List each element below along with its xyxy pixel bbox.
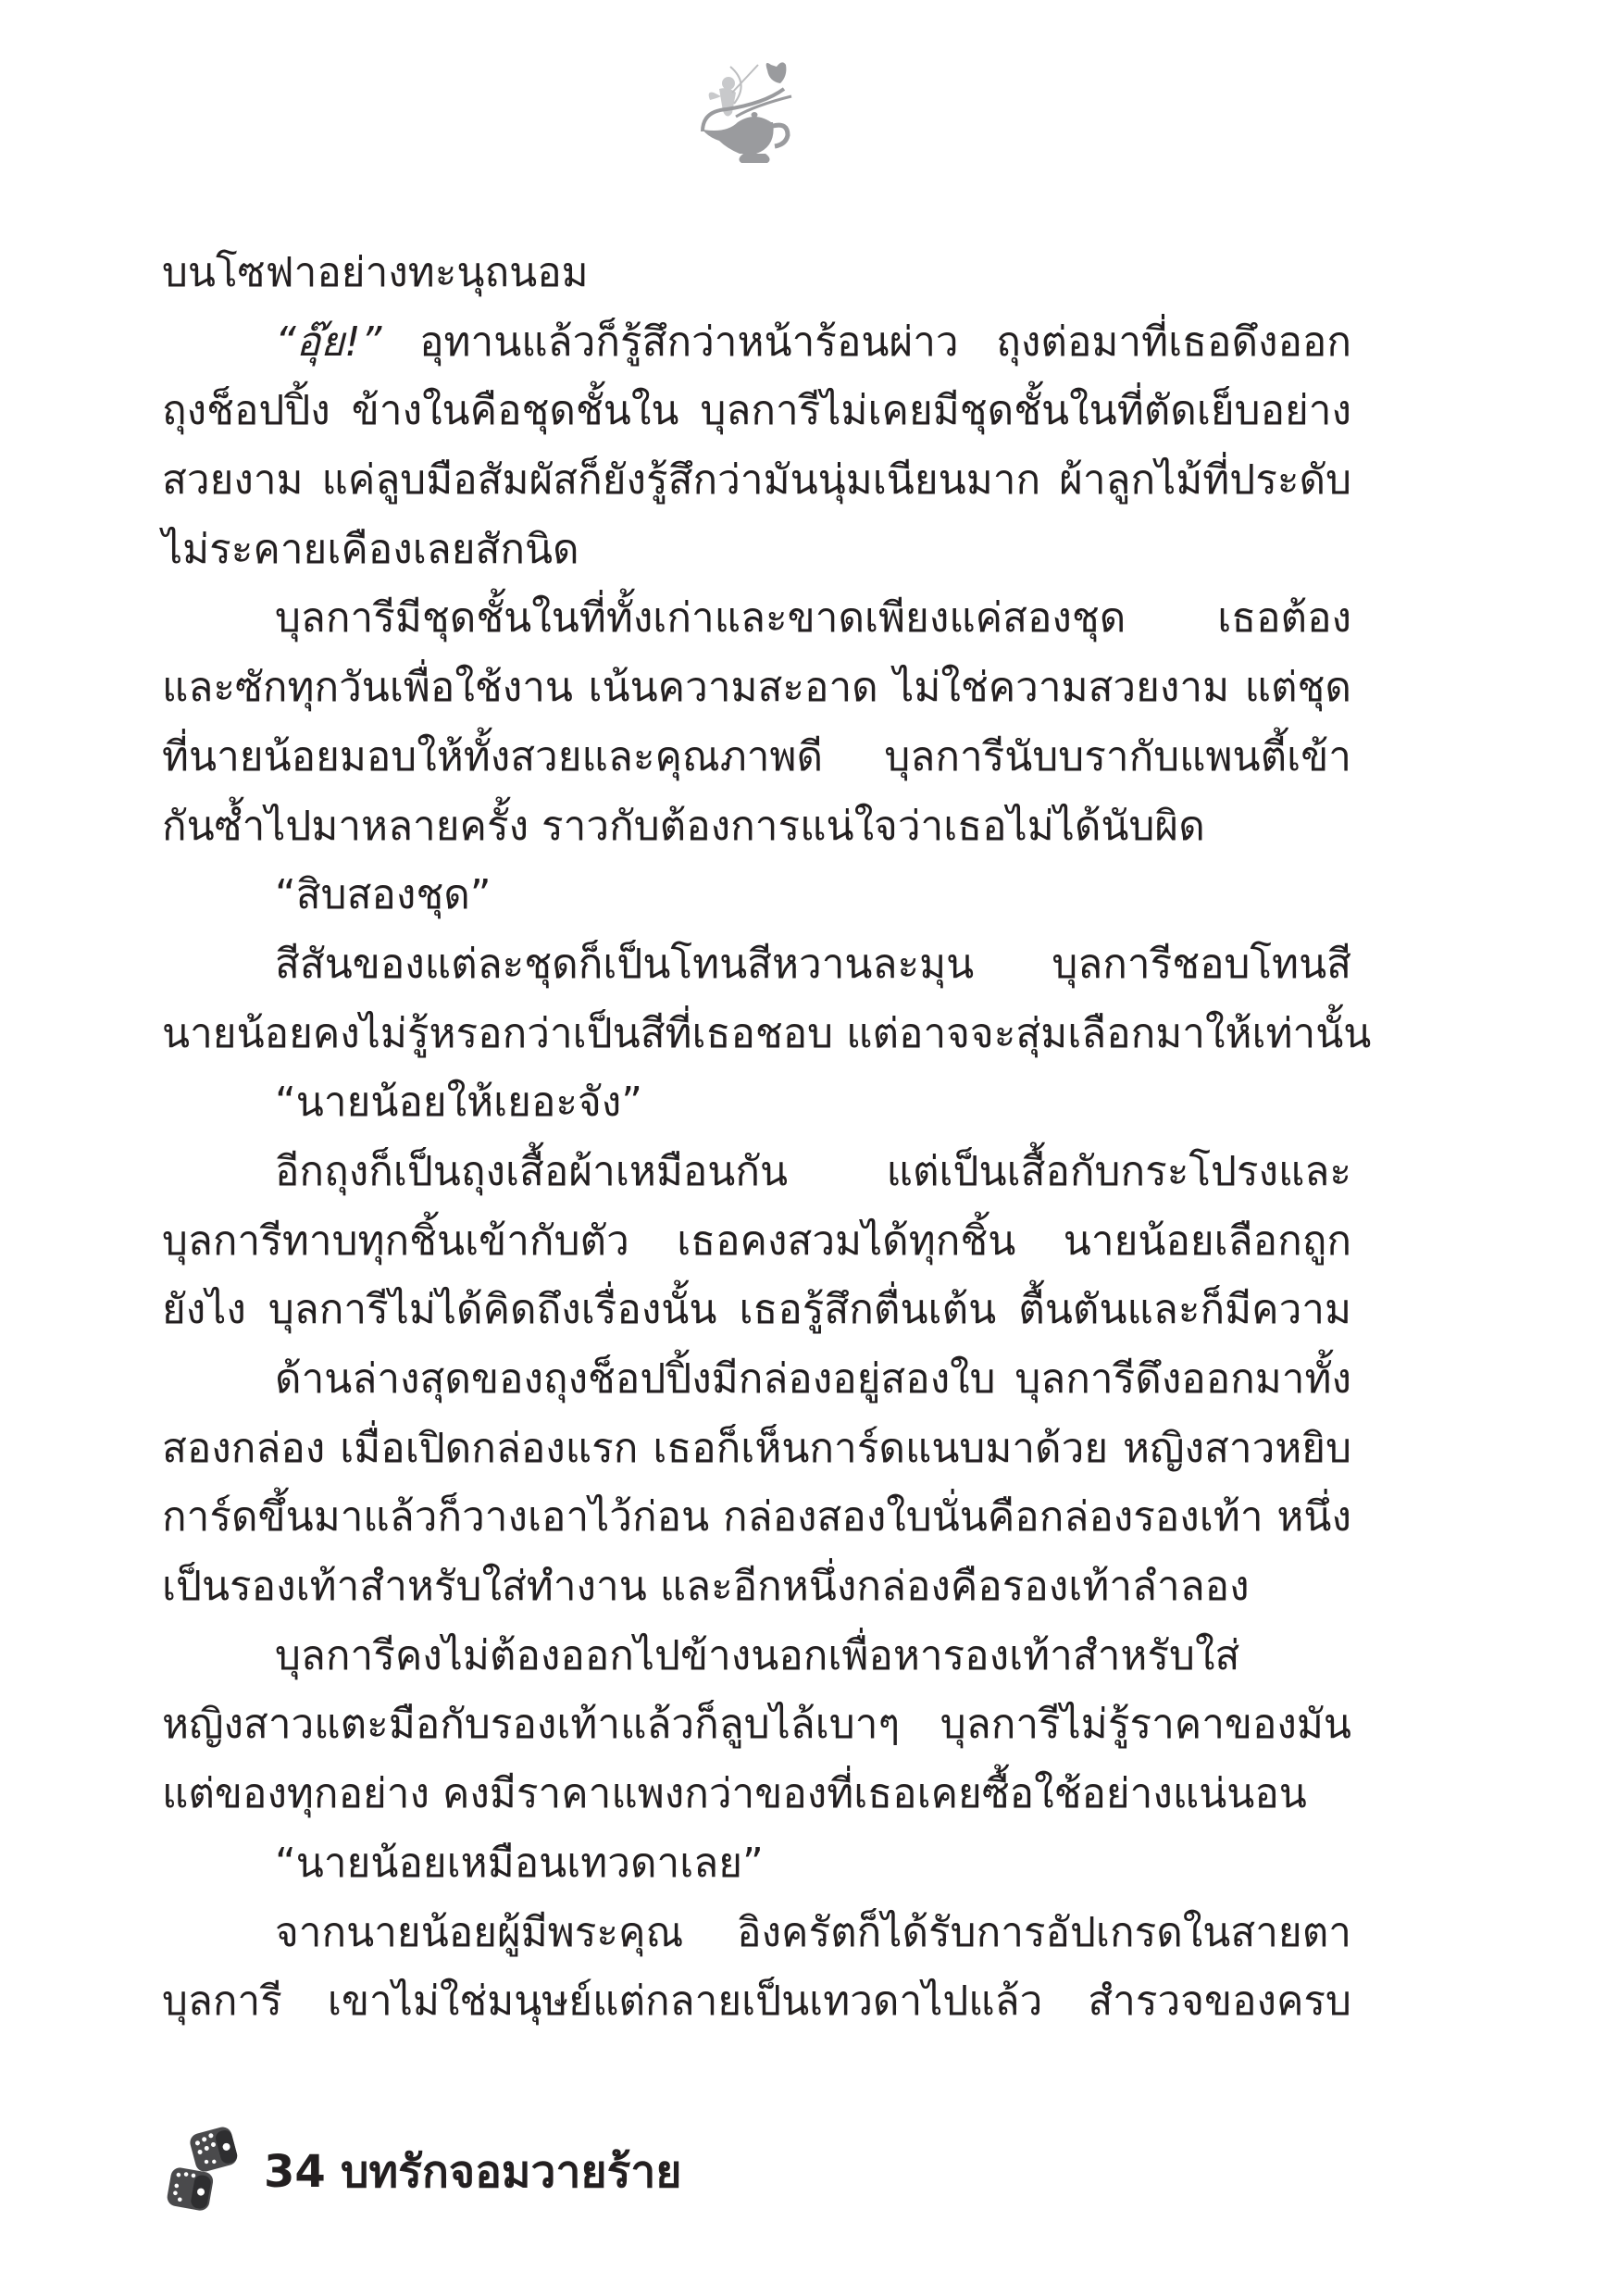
text-line: จากนายน้อยผู้มีพระคุณ อิงครัตก็ได้รับการ… xyxy=(162,1899,1351,1968)
line-text: การ์ดขึ้นมาแล้วก็วางเอาไว้ก่อน กล่องสองใ… xyxy=(162,1493,1351,1553)
line-text: สีสันของแต่ละชุดก็เป็นโทนสีหวานละมุน บุล… xyxy=(275,941,1351,1000)
line-text: “นายน้อยเหมือนเทวดาเลย” xyxy=(275,1840,764,1887)
page-number: 34 xyxy=(264,2148,326,2196)
text-line: ไม่ระคายเคืองเลยสักนิด xyxy=(162,516,1351,585)
line-text: สวยงาม แค่ลูบมือสัมผัสก็ยังรู้สึกว่ามันน… xyxy=(162,456,1351,516)
text-line: บุลการี เขาไม่ใช่มนุษย์แต่กลายเป็นเทวดาไ… xyxy=(162,1967,1351,2037)
genie-lamp-cupid-icon xyxy=(699,56,805,167)
text-line: สีสันของแต่ละชุดก็เป็นโทนสีหวานละมุน บุล… xyxy=(162,930,1351,1000)
text-line: “สิบสองชุด” xyxy=(162,861,1351,930)
text-line: เป็นรองเท้าสำหรับใส่ทำงาน และอีกหนึ่งกล่… xyxy=(162,1553,1351,1622)
line-text: อุทานแล้วก็รู้สึกว่าหน้าร้อนผ่าว ถุงต่อม… xyxy=(275,318,1351,378)
text-line: นายน้อยคงไม่รู้หรอกว่าเป็นสีที่เธอชอบ แต… xyxy=(162,1000,1351,1069)
line-text: ถุงช็อปปิ้ง ข้างในคือชุดชั้นใน บุลการีไม… xyxy=(162,387,1351,434)
text-line: ด้านล่างสุดของถุงช็อปปิ้งมีกล่องอยู่สองใ… xyxy=(162,1345,1351,1415)
text-line: การ์ดขึ้นมาแล้วก็วางเอาไว้ก่อน กล่องสองใ… xyxy=(162,1483,1351,1553)
line-text: ที่นายน้อยมอบให้ทั้งสวยและคุณภาพดี บุลกา… xyxy=(162,733,1351,792)
line-text: สองกล่อง เมื่อเปิดกล่องแรก เธอก็เห็นการ์… xyxy=(162,1425,1351,1472)
line-text: อีกถุงก็เป็นถุงเสื้อผ้าเหมือนกัน แต่เป็น… xyxy=(275,1148,1351,1207)
line-text: บุลการีคงไม่ต้องออกไปข้างนอกเพื่อหารองเท… xyxy=(275,1632,1239,1691)
text-line: หญิงสาวแตะมือกับรองเท้าแล้วก็ลูบไล้เบาๆ … xyxy=(162,1691,1351,1760)
text-line: บนโซฟาอย่างทะนุถนอม xyxy=(162,239,1351,308)
text-line: กันซ้ำไปมาหลายครั้ง ราวกับต้องการแน่ใจว่… xyxy=(162,792,1351,862)
text-line: ยังไง บุลการีไม่ได้คิดถึงเรื่องนั้น เธอร… xyxy=(162,1276,1351,1345)
line-text: หญิงสาวแตะมือกับรองเท้าแล้วก็ลูบไล้เบาๆ … xyxy=(162,1701,1351,1760)
exclamation-text: “อุ๊ย!” xyxy=(275,318,381,366)
text-line: สวยงาม แค่ลูบมือสัมผัสก็ยังรู้สึกว่ามันน… xyxy=(162,446,1351,516)
line-text: บุลการีทาบทุกชิ้นเข้ากับตัว เธอคงสวมได้ท… xyxy=(162,1217,1351,1277)
text-line: ถุงช็อปปิ้ง ข้างในคือชุดชั้นใน บุลการีไม… xyxy=(162,377,1351,446)
text-line: บุลการีมีชุดชั้นในที่ทั้งเก่าและขาดเพียง… xyxy=(162,584,1351,654)
line-text: เป็นรองเท้าสำหรับใส่ทำงาน และอีกหนึ่งกล่… xyxy=(162,1563,1250,1610)
text-line: “อุ๊ย!” อุทานแล้วก็รู้สึกว่าหน้าร้อนผ่าว… xyxy=(162,308,1351,378)
text-line: “นายน้อยให้เยอะจัง” xyxy=(162,1068,1351,1138)
chapter-body-text: บนโซฟาอย่างทะนุถนอม“อุ๊ย!” อุทานแล้วก็รู… xyxy=(162,239,1351,2037)
page-footer: 34 บทรักจอมวายร้าย xyxy=(165,2122,813,2215)
line-text: จากนายน้อยผู้มีพระคุณ อิงครัตก็ได้รับการ… xyxy=(275,1909,1351,1968)
text-line: บุลการีคงไม่ต้องออกไปข้างนอกเพื่อหารองเท… xyxy=(162,1622,1351,1691)
line-text: กันซ้ำไปมาหลายครั้ง ราวกับต้องการแน่ใจว่… xyxy=(162,803,1205,850)
line-text: บนโซฟาอย่างทะนุถนอม xyxy=(162,249,589,296)
text-line: “นายน้อยเหมือนเทวดาเลย” xyxy=(162,1829,1351,1899)
text-line: และซักทุกวันเพื่อใช้งาน เน้นความสะอาด ไม… xyxy=(162,654,1351,723)
line-text: ยังไง บุลการีไม่ได้คิดถึงเรื่องนั้น เธอร… xyxy=(162,1286,1351,1345)
text-line: บุลการีทาบทุกชิ้นเข้ากับตัว เธอคงสวมได้ท… xyxy=(162,1207,1351,1277)
line-text: “นายน้อยให้เยอะจัง” xyxy=(275,1079,642,1126)
text-line: สองกล่อง เมื่อเปิดกล่องแรก เธอก็เห็นการ์… xyxy=(162,1415,1351,1484)
line-text: และซักทุกวันเพื่อใช้งาน เน้นความสะอาด ไม… xyxy=(162,664,1351,723)
line-text: “สิบสองชุด” xyxy=(275,871,492,918)
book-title: บทรักจอมวายร้าย xyxy=(341,2148,681,2196)
line-text: แต่ของทุกอย่าง คงมีราคาแพงกว่าของที่เธอเ… xyxy=(162,1770,1307,1817)
line-text: บุลการี เขาไม่ใช่มนุษย์แต่กลายเป็นเทวดาไ… xyxy=(162,1978,1351,2037)
text-line: ที่นายน้อยมอบให้ทั้งสวยและคุณภาพดี บุลกา… xyxy=(162,723,1351,792)
line-text: ไม่ระคายเคืองเลยสักนิด xyxy=(162,526,579,573)
line-text: บุลการีมีชุดชั้นในที่ทั้งเก่าและขาดเพียง… xyxy=(275,594,1351,654)
line-text: ด้านล่างสุดของถุงช็อปปิ้งมีกล่องอยู่สองใ… xyxy=(275,1355,1351,1403)
text-line: แต่ของทุกอย่าง คงมีราคาแพงกว่าของที่เธอเ… xyxy=(162,1760,1351,1829)
line-text: นายน้อยคงไม่รู้หรอกว่าเป็นสีที่เธอชอบ แต… xyxy=(162,1010,1371,1057)
text-line: อีกถุงก็เป็นถุงเสื้อผ้าเหมือนกัน แต่เป็น… xyxy=(162,1138,1351,1207)
dice-icon xyxy=(165,2122,248,2215)
